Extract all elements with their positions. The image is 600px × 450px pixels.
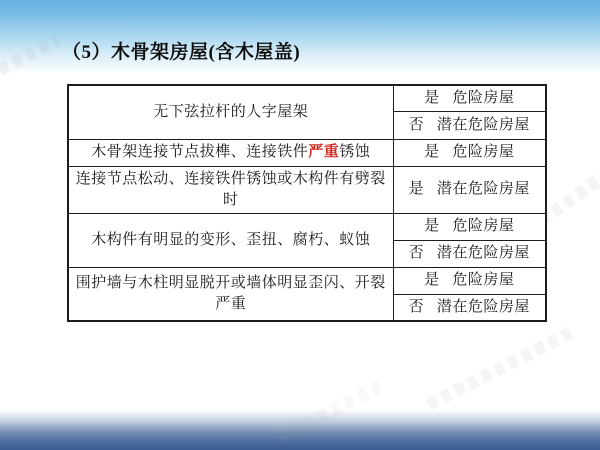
result-label: 危险房屋 [452,272,514,288]
result-cell: 是危险房屋 [393,85,546,111]
bottom-bar [0,410,600,450]
slide: （5）木骨架房屋(含木屋盖) 无下弦拉杆的人字屋架 是危险房屋 否潜在危险房屋 … [0,0,600,450]
condition-text: 锈蚀 [339,144,370,160]
result-answer: 是 [424,144,440,160]
result-answer: 否 [409,245,425,261]
result-cell: 否潜在危险房屋 [393,111,546,139]
result-cell: 是潜在危险房屋 [393,166,546,213]
table-row: 围护墙与木柱明显脱开或墙体明显歪闪、开裂严重 是危险房屋 [68,267,546,294]
slide-title: （5）木骨架房屋(含木屋盖) [62,37,300,64]
table-row: 木构件有明显的变形、歪扭、腐朽、蚁蚀 是危险房屋 [68,213,546,240]
result-label: 潜在危险房屋 [437,245,530,261]
result-cell: 是危险房屋 [393,267,546,294]
condition-cell: 围护墙与木柱明显脱开或墙体明显歪闪、开裂严重 [68,267,393,321]
table-row: 无下弦拉杆的人字屋架 是危险房屋 [68,85,546,111]
result-answer: 是 [424,218,440,234]
result-cell: 是危险房屋 [393,139,546,166]
result-label: 危险房屋 [452,90,514,106]
result-label: 危险房屋 [452,144,514,160]
result-answer: 是 [424,90,440,106]
condition-text: 木骨架连接节点拔榫、连接铁件 [91,144,308,160]
result-answer: 否 [409,117,425,133]
condition-cell: 木骨架连接节点拔榫、连接铁件严重锈蚀 [68,139,393,166]
result-answer: 是 [424,272,440,288]
watermark [426,326,574,410]
result-label: 潜在危险房屋 [437,181,530,197]
table-row: 木骨架连接节点拔榫、连接铁件严重锈蚀 是危险房屋 [68,139,546,166]
condition-text: 围护墙与木柱明显脱开或墙体明显歪闪、开裂严重 [76,275,386,312]
condition-text: 无下弦拉杆的人字屋架 [153,104,308,120]
condition-cell: 木构件有明显的变形、歪扭、腐朽、蚁蚀 [68,213,393,267]
result-cell: 是危险房屋 [393,213,546,240]
result-label: 潜在危险房屋 [437,299,530,315]
result-cell: 否潜在危险房屋 [393,294,546,321]
table-row: 连接节点松动、连接铁件锈蚀或木构件有劈裂时 是潜在危险房屋 [68,166,546,213]
assessment-table: 无下弦拉杆的人字屋架 是危险房屋 否潜在危险房屋 木骨架连接节点拔榫、连接铁件严… [67,84,547,322]
condition-text: 木构件有明显的变形、歪扭、腐朽、蚁蚀 [91,232,370,248]
result-cell: 否潜在危险房屋 [393,240,546,267]
result-label: 潜在危险房屋 [437,117,530,133]
result-answer: 否 [409,299,425,315]
condition-cell: 无下弦拉杆的人字屋架 [68,85,393,139]
condition-cell: 连接节点松动、连接铁件锈蚀或木构件有劈裂时 [68,166,393,213]
condition-highlight: 严重 [308,144,339,160]
result-answer: 是 [409,181,425,197]
result-label: 危险房屋 [452,218,514,234]
condition-text: 连接节点松动、连接铁件锈蚀或木构件有劈裂时 [76,171,386,208]
